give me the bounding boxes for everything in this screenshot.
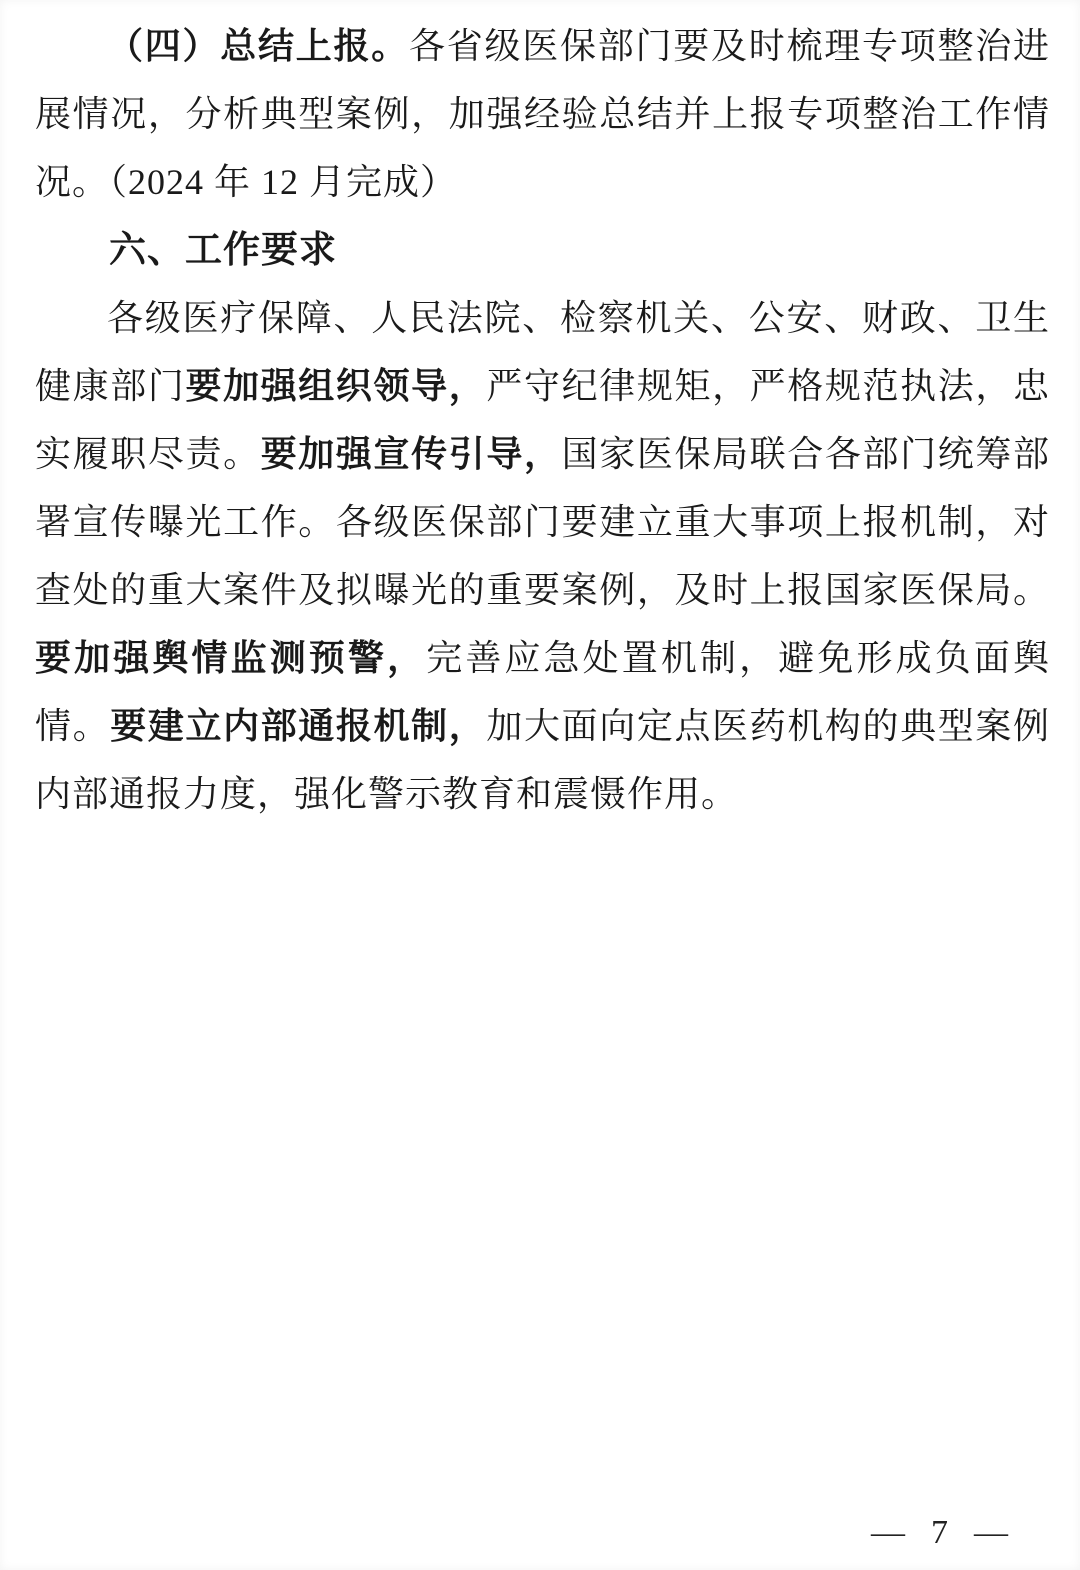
page-number: —7— <box>871 1514 1008 1552</box>
page-number-dash-right: — <box>974 1514 1008 1552</box>
page-number-dash-left: — <box>871 1514 905 1552</box>
page-number-value: 7 <box>931 1514 948 1552</box>
section-heading-work-requirements: 六、工作要求 <box>35 216 1050 284</box>
document-page: （四）总结上报。各省级医保部门要及时梳理专项整治进展情况，分析典型案例，加强经验… <box>0 0 1080 1570</box>
paragraph-summary-report: （四）总结上报。各省级医保部门要及时梳理专项整治进展情况，分析典型案例，加强经验… <box>35 12 1050 216</box>
document-body: （四）总结上报。各省级医保部门要及时梳理专项整治进展情况，分析典型案例，加强经验… <box>35 12 1050 828</box>
clause-4-heading: （四）总结上报。 <box>107 26 409 66</box>
work-req-bold-opinion-monitoring: 要加强舆情监测预警， <box>35 637 426 678</box>
work-req-bold-internal-notification: 要建立内部通报机制， <box>110 705 486 746</box>
work-req-bold-publicity-guidance: 要加强宣传引导， <box>261 433 562 474</box>
work-req-bold-organization-leadership: 要加强组织领导， <box>185 365 486 406</box>
paragraph-work-requirements: 各级医疗保障、人民法院、检察机关、公安、财政、卫生健康部门要加强组织领导，严守纪… <box>35 284 1050 828</box>
